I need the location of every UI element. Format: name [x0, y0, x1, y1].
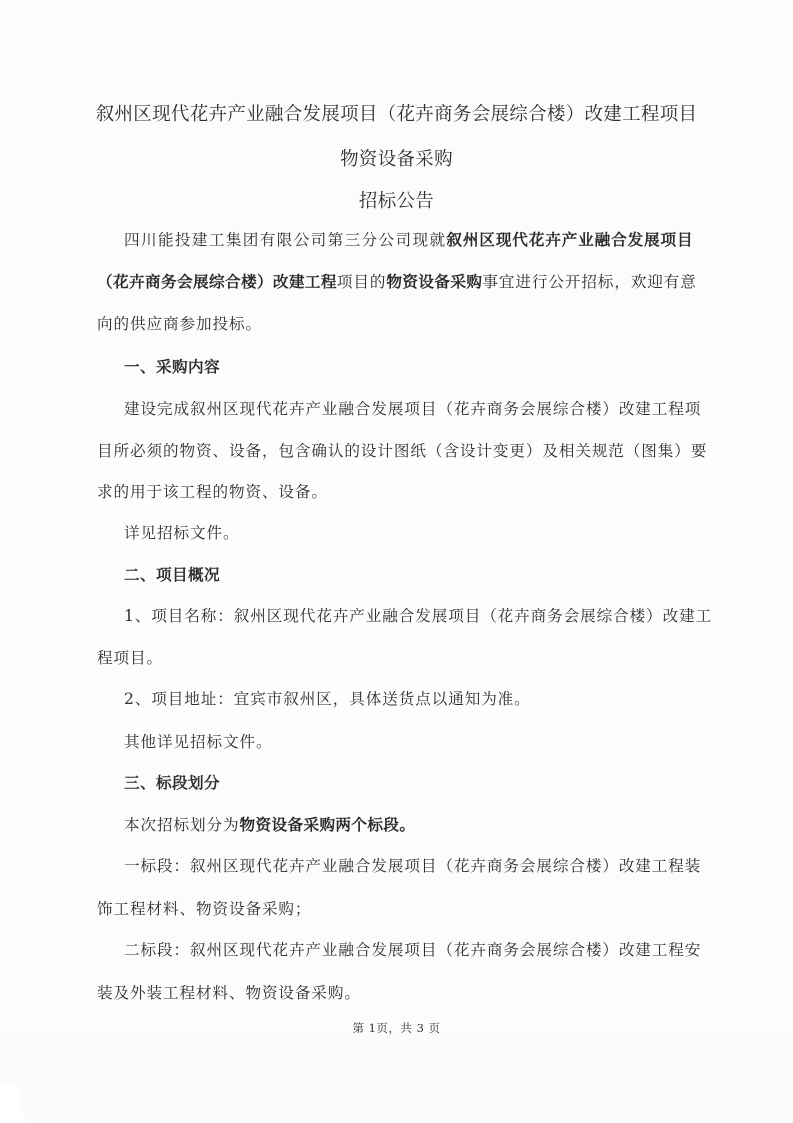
- section-2-note: 其他详见招标文件。: [124, 732, 724, 752]
- section-3-heading: 三、标段划分: [124, 773, 724, 793]
- lot-2-line-2: 装及外装工程材料、物资设备采购。: [97, 983, 697, 1003]
- intro-project-name-bold: 叙州区现代花卉产业融合发展项目: [446, 231, 693, 249]
- intro-project-building-bold: （花卉商务会展综合楼）改建工程: [97, 273, 337, 291]
- intro-text-b: 事宜进行公开招标，欢迎有意: [482, 273, 696, 291]
- intro-line-3: 向的供应商参加投标。: [97, 314, 697, 334]
- section-1-note: 详见招标文件。: [124, 523, 724, 543]
- section-2-item-2: 2、项目地址：宜宾市叙州区，具体送货点以通知为准。: [124, 689, 724, 709]
- intro-line-2: （花卉商务会展综合楼）改建工程项目的物资设备采购事宜进行公开招标，欢迎有意: [97, 272, 693, 292]
- scan-edge-artifact: [0, 1083, 26, 1123]
- intro-issuer: 四川能投建工集团有限公司第三分公司现就: [124, 231, 446, 249]
- section-1-para-line-1: 建设完成叙州区现代花卉产业融合发展项目（花卉商务会展综合楼）改建工程项: [124, 399, 693, 419]
- page-number-footer: 第 1页，共 3 页: [0, 1020, 793, 1036]
- document-title-line-2: 物资设备采购: [0, 145, 793, 171]
- section-2-item-1-line-1: 1、项目名称：叙州区现代花卉产业融合发展项目（花卉商务会展综合楼）改建工: [124, 606, 693, 626]
- intro-text-a: 项目的: [337, 273, 386, 291]
- section-2-item-1-line-2: 程项目。: [97, 648, 697, 668]
- section-2-heading: 二、项目概况: [124, 565, 724, 585]
- intro-line-1: 四川能投建工集团有限公司第三分公司现就叙州区现代花卉产业融合发展项目: [124, 230, 693, 250]
- intro-procurement-bold: 物资设备采购: [386, 273, 482, 291]
- section-1-para-line-3: 求的用于该工程的物资、设备。: [97, 482, 697, 502]
- lot-1-line-1: 一标段：叙州区现代花卉产业融合发展项目（花卉商务会展综合楼）改建工程装: [124, 856, 693, 876]
- section-3-summary-bold: 物资设备采购两个标段。: [239, 816, 415, 834]
- lot-2-line-1: 二标段：叙州区现代花卉产业融合发展项目（花卉商务会展综合楼）改建工程安: [124, 940, 693, 960]
- document-title-notice: 招标公告: [0, 187, 793, 213]
- section-1-para-line-2: 目所必须的物资、设备，包含确认的设计图纸（含设计变更）及相关规范（图集）要: [97, 441, 693, 461]
- section-1-heading: 一、采购内容: [124, 357, 724, 377]
- section-3-summary-text: 本次招标划分为: [124, 816, 239, 834]
- lot-1-line-2: 饰工程材料、物资设备采购；: [97, 899, 697, 919]
- document-page: 叙州区现代花卉产业融合发展项目（花卉商务会展综合楼）改建工程项目 物资设备采购 …: [0, 0, 793, 1123]
- document-title-line-1: 叙州区现代花卉产业融合发展项目（花卉商务会展综合楼）改建工程项目: [0, 100, 793, 126]
- section-3-summary: 本次招标划分为物资设备采购两个标段。: [124, 815, 724, 835]
